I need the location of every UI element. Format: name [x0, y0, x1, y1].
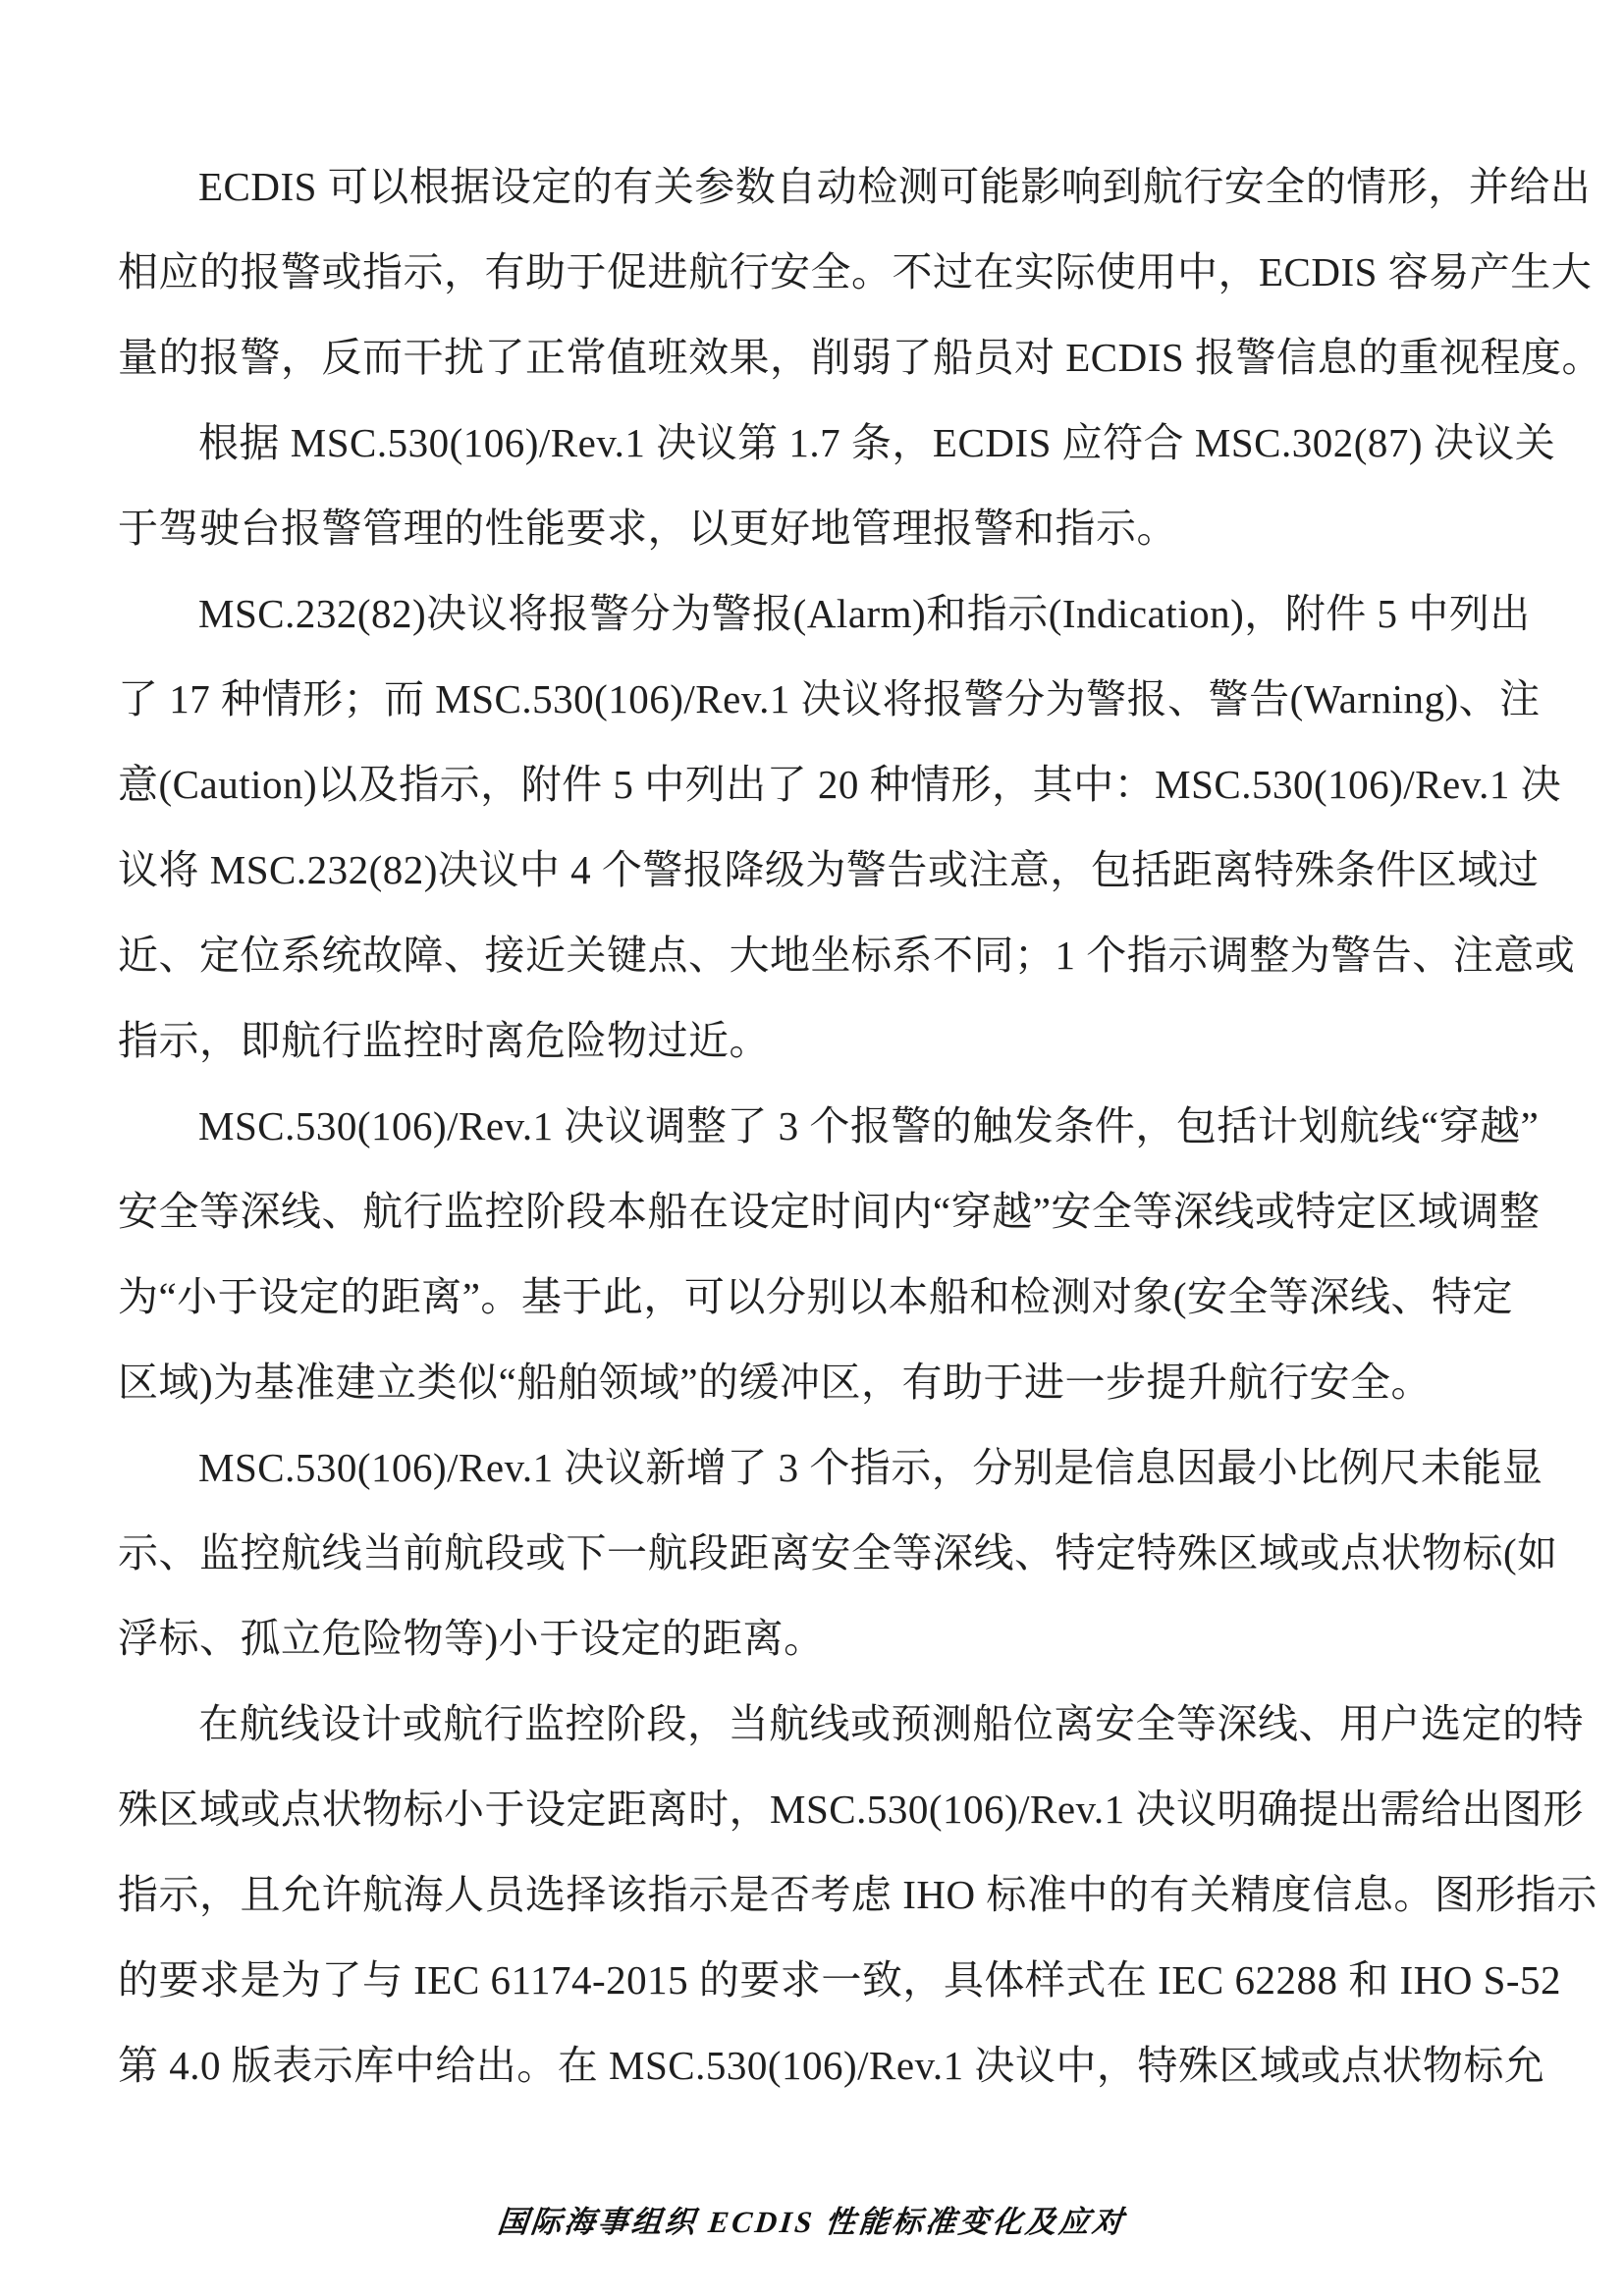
- text-line: 为“小于设定的距离”。基于此，可以分别以本船和检测对象(安全等深线、特定: [118, 1255, 1504, 1340]
- text-line: MSC.530(106)/Rev.1 决议新增了 3 个指示，分别是信息因最小比…: [118, 1425, 1504, 1511]
- paragraph: 在航线设计或航行监控阶段，当航线或预测船位离安全等深线、用户选定的特殊区域或点状…: [118, 1682, 1504, 2109]
- text-line: 相应的报警或指示，有助于促进航行安全。不过在实际使用中，ECDIS 容易产生大: [118, 230, 1504, 315]
- text-line: 根据 MSC.530(106)/Rev.1 决议第 1.7 条，ECDIS 应符…: [118, 400, 1504, 486]
- text-line: 安全等深线、航行监控阶段本船在设定时间内“穿越”安全等深线或特定区域调整: [118, 1169, 1504, 1255]
- text-line: 指示，即航行监控时离危险物过近。: [118, 998, 1504, 1084]
- text-line: 殊区域或点状物标小于设定距离时，MSC.530(106)/Rev.1 决议明确提…: [118, 1767, 1504, 1852]
- text-line: ECDIS 可以根据设定的有关参数自动检测可能影响到航行安全的情形，并给出: [118, 144, 1504, 230]
- document-page: ECDIS 可以根据设定的有关参数自动检测可能影响到航行安全的情形，并给出相应的…: [0, 0, 1624, 2296]
- text-line: 议将 MSC.232(82)决议中 4 个警报降级为警告或注意，包括距离特殊条件…: [118, 828, 1504, 913]
- text-line: 的要求是为了与 IEC 61174-2015 的要求一致，具体样式在 IEC 6…: [118, 1938, 1504, 2023]
- text-line: MSC.232(82)决议将报警分为警报(Alarm)和指示(Indicatio…: [118, 571, 1504, 657]
- paragraph: MSC.232(82)决议将报警分为警报(Alarm)和指示(Indicatio…: [118, 571, 1504, 1084]
- text-line: 量的报警，反而干扰了正常值班效果，削弱了船员对 ECDIS 报警信息的重视程度。: [118, 315, 1504, 400]
- text-line: 浮标、孤立危险物等)小于设定的距离。: [118, 1596, 1504, 1682]
- text-line: MSC.530(106)/Rev.1 决议调整了 3 个报警的触发条件，包括计划…: [118, 1084, 1504, 1169]
- paragraph: 根据 MSC.530(106)/Rev.1 决议第 1.7 条，ECDIS 应符…: [118, 400, 1504, 571]
- paragraph: ECDIS 可以根据设定的有关参数自动检测可能影响到航行安全的情形，并给出相应的…: [118, 144, 1504, 400]
- text-line: 意(Caution)以及指示，附件 5 中列出了 20 种情形，其中：MSC.5…: [118, 742, 1504, 828]
- text-line: 近、定位系统故障、接近关键点、大地坐标系不同；1 个指示调整为警告、注意或: [118, 913, 1504, 998]
- text-line: 区域)为基准建立类似“船舶领域”的缓冲区，有助于进一步提升航行安全。: [118, 1340, 1504, 1425]
- text-line: 指示，且允许航海人员选择该指示是否考虑 IHO 标准中的有关精度信息。图形指示: [118, 1852, 1504, 1938]
- text-line: 在航线设计或航行监控阶段，当航线或预测船位离安全等深线、用户选定的特: [118, 1682, 1504, 1767]
- paragraph: MSC.530(106)/Rev.1 决议新增了 3 个指示，分别是信息因最小比…: [118, 1425, 1504, 1682]
- paragraph: MSC.530(106)/Rev.1 决议调整了 3 个报警的触发条件，包括计划…: [118, 1084, 1504, 1425]
- page-footer: 国际海事组织 ECDIS 性能标准变化及应对: [0, 2197, 1624, 2241]
- document-body: ECDIS 可以根据设定的有关参数自动检测可能影响到航行安全的情形，并给出相应的…: [118, 144, 1504, 2109]
- text-line: 了 17 种情形；而 MSC.530(106)/Rev.1 决议将报警分为警报、…: [118, 657, 1504, 742]
- text-line: 第 4.0 版表示库中给出。在 MSC.530(106)/Rev.1 决议中，特…: [118, 2023, 1504, 2109]
- text-line: 于驾驶台报警管理的性能要求，以更好地管理报警和指示。: [118, 486, 1504, 571]
- text-line: 示、监控航线当前航段或下一航段距离安全等深线、特定特殊区域或点状物标(如: [118, 1511, 1504, 1596]
